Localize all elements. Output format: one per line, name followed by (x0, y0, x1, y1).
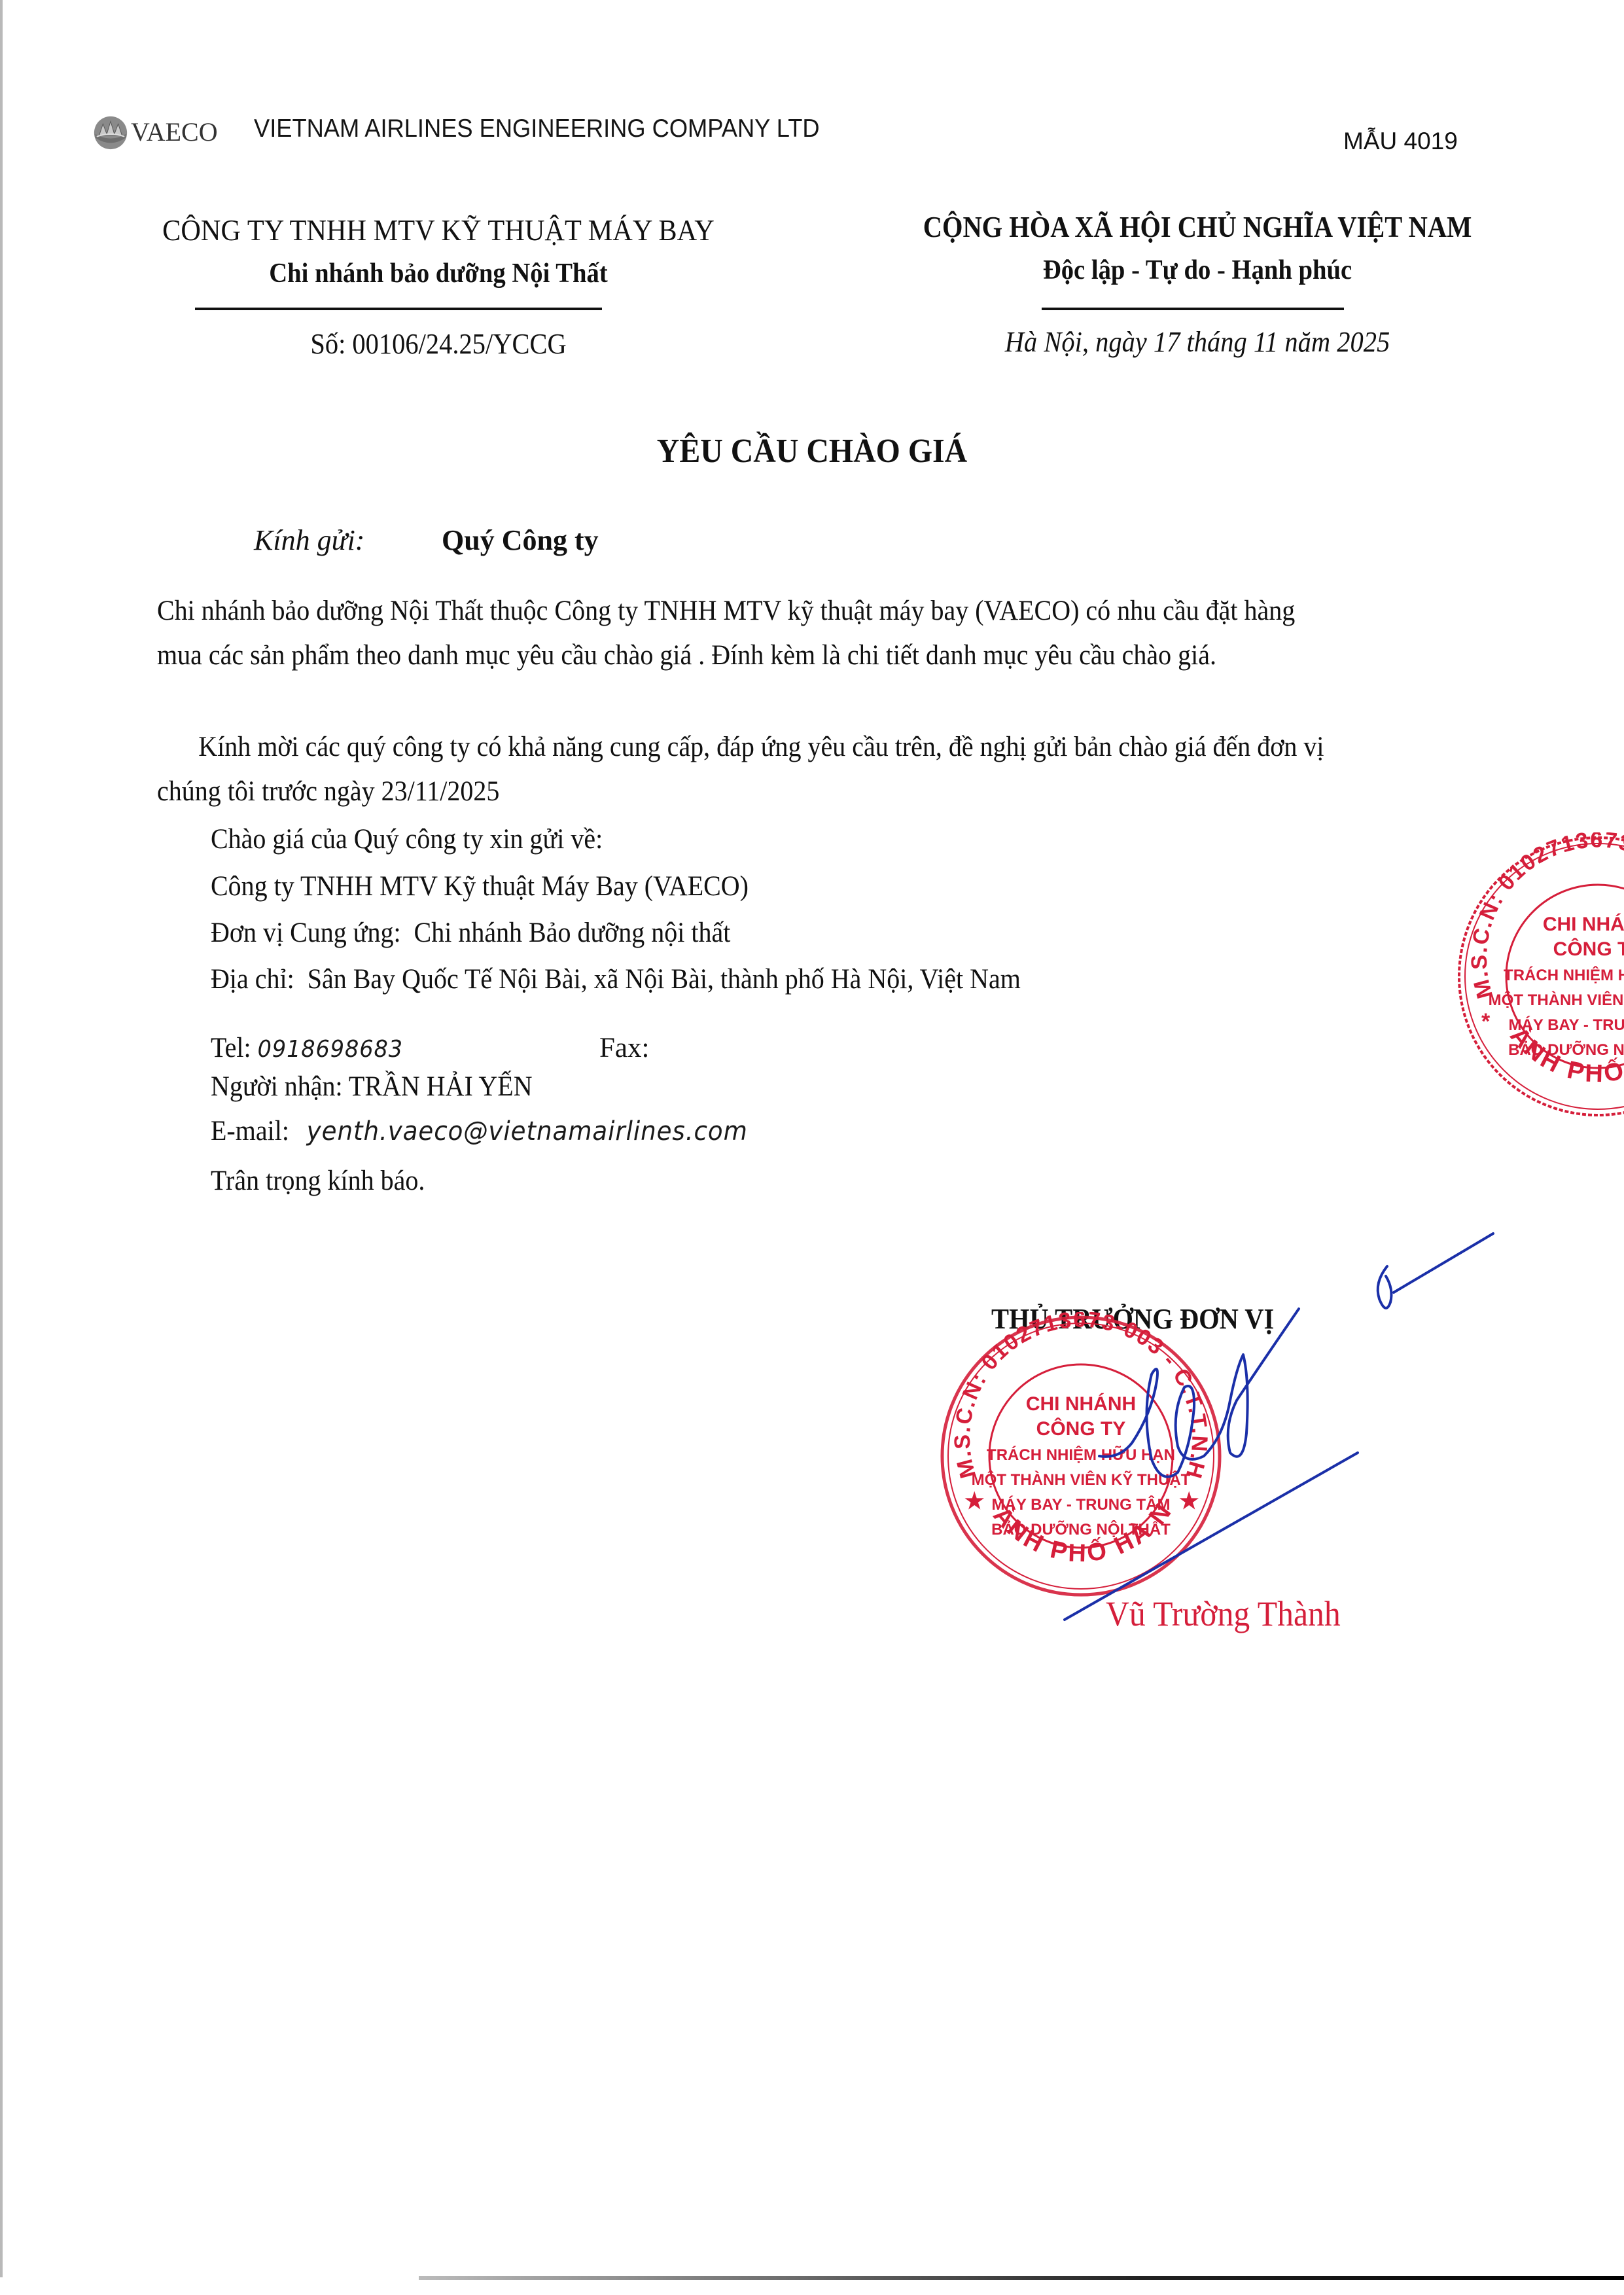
svg-text:*: * (1481, 1009, 1491, 1034)
scan-edge-bottom (419, 2276, 1624, 2280)
issuer-header: CÔNG TY TNHH MTV KỸ THUẬT MÁY BAY Chi nh… (72, 213, 805, 289)
svg-text:★: ★ (964, 1489, 984, 1514)
company-seal-stamp-edge: M.S.C.N: 0102713673-003 - C.T.T.N.H.H TH… (1454, 832, 1624, 1120)
svg-text:BẢO DƯỠNG NỘI THẤT: BẢO DƯỠNG NỘI THẤT (991, 1520, 1171, 1539)
divider (1042, 308, 1344, 310)
svg-text:CÔNG TY: CÔNG TY (1553, 938, 1624, 960)
salutation-recipient: Quý Công ty (442, 524, 599, 557)
fax-label: Fax: (599, 1032, 649, 1064)
company-seal-stamp: M.S.C.N: 0102713673-003 - C.T.T.N.H.H TH… (937, 1312, 1225, 1600)
form-code: MẪU 4019 (1343, 128, 1458, 155)
receiver-line: Người nhận: TRẦN HẢI YẾN (211, 1071, 533, 1103)
initial-mark (1394, 1234, 1493, 1292)
issuer-org-name: CÔNG TY TNHH MTV KỸ THUẬT MÁY BAY (101, 213, 775, 247)
svg-text:TRÁCH NHIỆM HỮU HẠN: TRÁCH NHIỆM HỮU HẠN (987, 1446, 1175, 1464)
svg-text:BẢO DƯỠNG NỘI THẤT: BẢO DƯỠNG NỘI THẤT (1508, 1040, 1624, 1059)
address-line: Địa chỉ: Sân Bay Quốc Tế Nội Bài, xã Nội… (211, 963, 1021, 995)
paragraph-line: Chi nhánh bảo dưỡng Nội Thất thuộc Công … (157, 589, 1429, 633)
email-label: E-mail: (211, 1116, 289, 1147)
receiver-label: Người nhận: (211, 1071, 343, 1102)
svg-text:TRÁCH NHIỆM HỮU HẠN: TRÁCH NHIỆM HỮU HẠN (1504, 966, 1624, 984)
body-paragraph-1: Chi nhánh bảo dưỡng Nội Thất thuộc Công … (157, 589, 1429, 678)
address-value: Sân Bay Quốc Tế Nội Bài, xã Nội Bài, thà… (308, 964, 1021, 995)
company-name-english: VIETNAM AIRLINES ENGINEERING COMPANY LTD (254, 115, 820, 143)
paragraph-line: chúng tôi trước ngày 23/11/2025 (157, 770, 1429, 814)
lotus-globe-icon (92, 113, 130, 151)
svg-text:CHI NHÁNH: CHI NHÁNH (1026, 1393, 1136, 1415)
svg-text:MỘT THÀNH VIÊN KỸ THUẬT: MỘT THÀNH VIÊN KỸ THUẬT (972, 1470, 1191, 1489)
send-to-line: Chào giá của Quý công ty xin gửi về: (211, 823, 603, 855)
paragraph-line: Kính mời các quý công ty có khả năng cun… (157, 725, 1429, 770)
place-date: Hà Nội, ngày 17 tháng 11 năm 2025 (891, 325, 1504, 359)
document-number: Số: 00106/24.25/YCCG (101, 327, 775, 361)
svg-text:MÁY BAY - TRUNG TÂM: MÁY BAY - TRUNG TÂM (1509, 1016, 1624, 1034)
address-label: Địa chỉ: (211, 964, 294, 995)
vaeco-logo: VAECO (92, 113, 218, 151)
national-motto: Độc lập - Tự do - Hạnh phúc (891, 255, 1504, 286)
national-header: CỘNG HÒA XÃ HỘI CHỦ NGHĨA VIỆT NAM Độc l… (864, 209, 1531, 286)
svg-text:CHI NHÁNH: CHI NHÁNH (1543, 913, 1624, 935)
email-value-handwritten: yenth.vaeco@vietnamairlines.com (307, 1116, 748, 1147)
company-line: Công ty TNHH MTV Kỹ thuật Máy Bay (VAECO… (211, 870, 749, 902)
tel-label: Tel: (211, 1033, 251, 1063)
tel-line: Tel: 0918698683 (211, 1032, 403, 1064)
unit-value: Chi nhánh Bảo dưỡng nội thất (414, 917, 731, 948)
tel-value-handwritten: 0918698683 (258, 1036, 403, 1063)
paragraph-line: mua các sản phẩm theo danh mục yêu cầu c… (157, 633, 1429, 678)
salutation-label: Kính gửi: (254, 524, 364, 557)
closing-line: Trân trọng kính báo. (211, 1165, 425, 1197)
receiver-value: TRẦN HẢI YẾN (349, 1071, 533, 1102)
signer-name: Vũ Trường Thành (1106, 1593, 1341, 1634)
svg-text:★: ★ (1179, 1489, 1199, 1514)
unit-line: Đơn vị Cung ứng: Chi nhánh Bảo dưỡng nội… (211, 917, 730, 949)
divider (195, 308, 602, 310)
svg-text:CÔNG TY: CÔNG TY (1036, 1417, 1126, 1440)
document-title: YÊU CẦU CHÀO GIÁ (65, 432, 1559, 471)
svg-text:MÁY BAY - TRUNG TÂM: MÁY BAY - TRUNG TÂM (992, 1495, 1171, 1514)
unit-label: Đơn vị Cung ứng: (211, 917, 401, 948)
national-title: CỘNG HÒA XÃ HỘI CHỦ NGHĨA VIỆT NAM (904, 209, 1491, 244)
email-line: E-mail: yenth.vaeco@vietnamairlines.com (211, 1115, 748, 1147)
svg-text:MỘT THÀNH VIÊN KỸ THUẬT: MỘT THÀNH VIÊN KỸ THUẬT (1489, 991, 1624, 1009)
logo-wordmark: VAECO (131, 116, 218, 147)
scan-edge-left (0, 0, 3, 2277)
issuer-branch: Chi nhánh bảo dưỡng Nội Thất (101, 258, 775, 289)
body-paragraph-2: Kính mời các quý công ty có khả năng cun… (157, 725, 1429, 814)
paragraph-line-text: Kính mời các quý công ty có khả năng cun… (198, 732, 1324, 762)
